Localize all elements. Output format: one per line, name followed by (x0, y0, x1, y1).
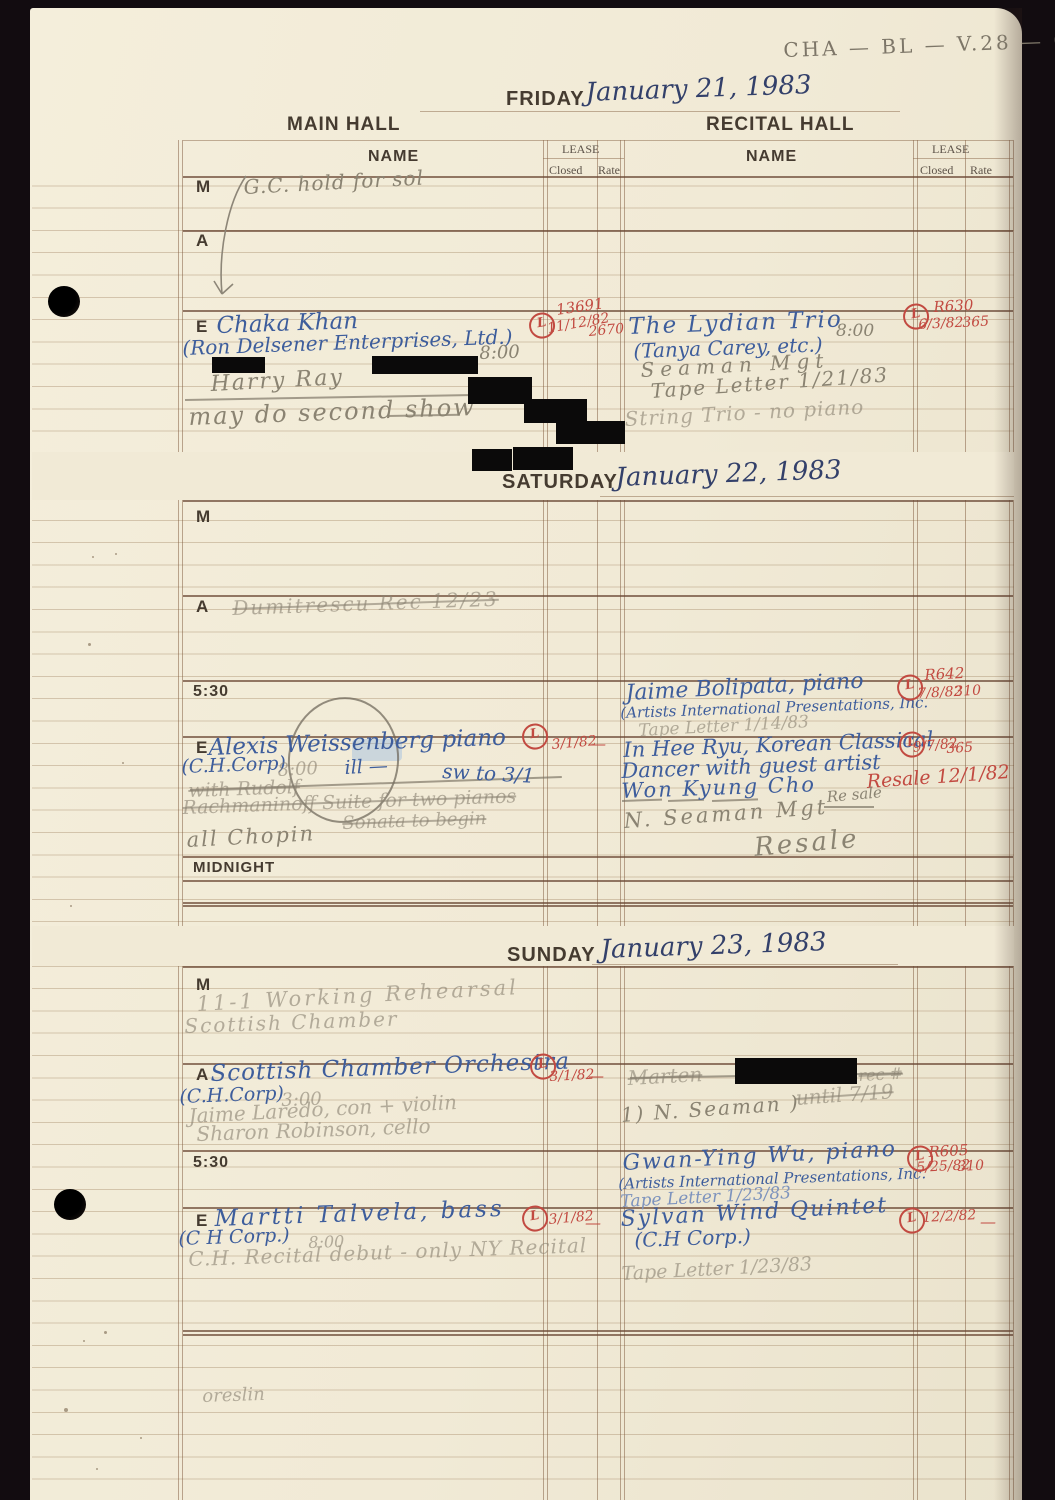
column-line (178, 140, 179, 1500)
recital-hall-label: RECITAL HALL (706, 114, 855, 136)
sat-recital-530-no: R642 (924, 664, 965, 684)
date-underline (600, 496, 1014, 497)
paper-speck (92, 556, 94, 558)
redaction-box (212, 357, 265, 373)
lease-header-right: LEASE (932, 142, 969, 157)
friday-m-label: M (196, 177, 211, 197)
main-hall-label: MAIN HALL (287, 114, 400, 136)
friday-a-label: A (196, 231, 209, 251)
pencil-stroke (824, 806, 874, 808)
lease-header-left: LEASE (562, 142, 599, 157)
paper-speck (70, 905, 72, 907)
sat-main-e-dash: — (590, 734, 606, 753)
sun-recital-e-mgmt: (C.H Corp.) (634, 1224, 751, 1252)
punch-hole-bottom (54, 1189, 86, 1220)
punch-hole-top (48, 286, 80, 317)
sat-main-e-mgmt: (C.H.Corp) (181, 752, 286, 778)
closed-header-left: Closed (549, 163, 582, 178)
redaction-box (468, 377, 532, 404)
rate-header-right: Rate (970, 163, 992, 178)
friday-recital-lease-no: R630 (933, 296, 974, 316)
sun-recital-530-rate: 310 (957, 1158, 985, 1175)
column-line (620, 140, 621, 1500)
rate-header-left: Rate (598, 163, 620, 178)
friday-label: FRIDAY (506, 88, 585, 111)
saturday-530-label: 5:30 (193, 683, 229, 701)
redaction-box (556, 421, 625, 444)
paper-speck (140, 1437, 142, 1439)
midnight-label: MIDNIGHT (193, 859, 275, 876)
column-line (965, 140, 966, 1500)
paper-speck (83, 1340, 85, 1342)
redaction-box (513, 447, 573, 470)
section-line (183, 1330, 1013, 1332)
friday-recital-rate: 365 (962, 314, 990, 331)
friday-recital-time: 8:00 (836, 321, 874, 341)
friday-main-rate: 2670 (588, 321, 625, 340)
sat-recital-e-rate: 365 (946, 740, 974, 757)
column-line (543, 140, 544, 1500)
redaction-box (524, 399, 587, 423)
paper-speck (104, 1331, 107, 1334)
redaction-box (472, 449, 512, 471)
sun-recital-e-dash: — (980, 1212, 996, 1231)
paper-speck (64, 1408, 68, 1412)
sun-recital-e-closed: 12/2/82 (922, 1207, 977, 1226)
redaction-box (372, 356, 478, 374)
date-underline (592, 964, 898, 965)
section-line (183, 680, 1013, 682)
saturday-m-label: M (196, 507, 211, 527)
saturday-label: SATURDAY (502, 471, 618, 494)
sun-main-e-dash: — (585, 1213, 601, 1232)
sun-main-a-dash: — (588, 1066, 604, 1085)
section-line (183, 966, 1013, 968)
section-line (183, 905, 1013, 907)
sat-main-e-sw: sw to 3/1 (442, 759, 536, 788)
date-underline (420, 111, 900, 112)
lease-subline-left (543, 158, 624, 159)
sunday-label: SUNDAY (507, 944, 596, 967)
section-line (183, 880, 1013, 882)
closed-header-right: Closed (920, 163, 953, 178)
sunday-530-label: 5:30 (193, 1154, 229, 1172)
section-line (183, 856, 1013, 858)
sun-recital-a-strike1: Marten (627, 1062, 703, 1090)
paper-speck (122, 762, 124, 764)
saturday-a-label: A (196, 597, 209, 617)
column-line (917, 140, 918, 1500)
sunday-a-label: A (196, 1065, 209, 1085)
header-top-line (183, 140, 1013, 141)
friday-recital-closed: 6/3/82 (918, 315, 964, 333)
scanned-ledger-page: CHA — BL — V.28 — 047FRIDAYJanuary 21, 1… (0, 0, 1055, 1500)
bottom-faint-note: oreslin (202, 1384, 265, 1407)
sat-main-e-ill: ill — (344, 755, 388, 779)
redaction-box (735, 1058, 857, 1084)
friday-e-label: E (196, 317, 208, 337)
column-line (597, 140, 598, 1500)
section-line (183, 500, 1013, 502)
section-line (183, 902, 1013, 904)
friday-main-time: 8:00 (479, 342, 520, 364)
paper-speck (96, 1468, 98, 1470)
section-line (183, 230, 1013, 232)
section-line (183, 1334, 1013, 1336)
paper-speck (115, 553, 117, 555)
column-line (913, 140, 914, 1500)
name-header-left: NAME (368, 148, 419, 166)
name-header-right: NAME (746, 148, 797, 166)
sat-recital-530-rate: 310 (954, 683, 982, 700)
column-line (547, 140, 548, 1500)
paper-speck (88, 643, 91, 646)
page-edge-shadow (994, 8, 1022, 1500)
